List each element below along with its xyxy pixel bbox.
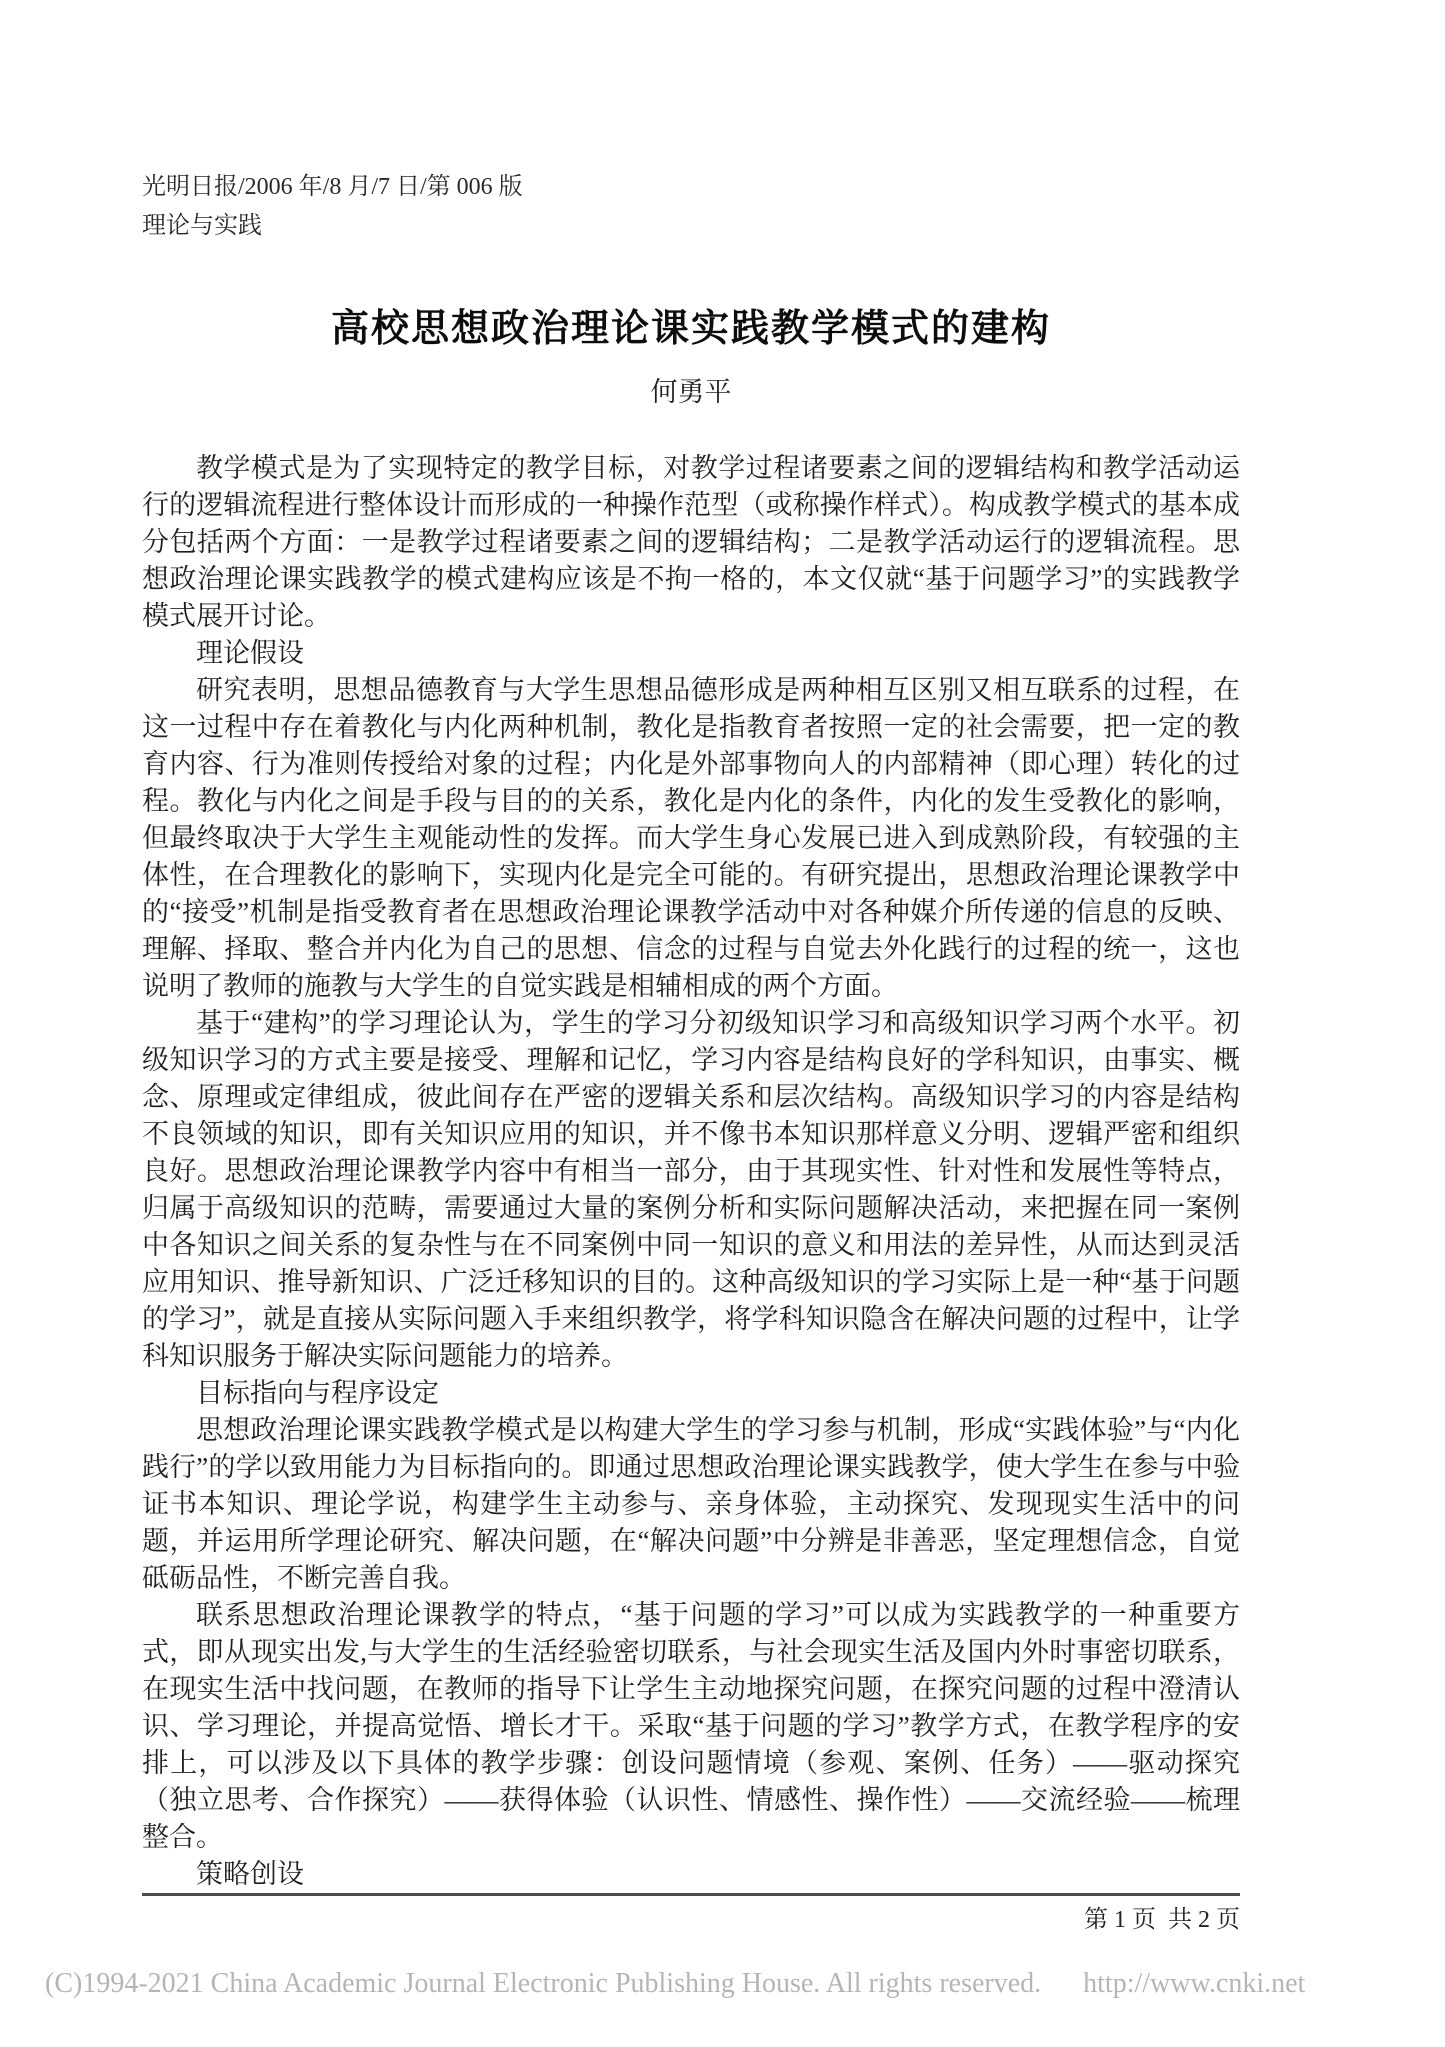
masthead: 光明日报/2006 年/8 月/7 日/第 006 版 理论与实践 [142, 168, 1240, 246]
copyright-notice: (C)1994-2021 China Academic Journal Elec… [45, 1968, 1415, 2000]
paragraph-pbl-steps: 联系思想政治理论课教学的特点，“基于问题的学习”可以成为实践教学的一种重要方式，… [142, 1597, 1240, 1856]
document-page: 光明日报/2006 年/8 月/7 日/第 006 版 理论与实践 高校思想政治… [0, 0, 1445, 2047]
copyright-url: http://www.cnki.net [1083, 1968, 1305, 1999]
section-line: 理论与实践 [142, 207, 1240, 246]
paragraph-constructivism: 基于“建构”的学习理论认为，学生的学习分初级知识学习和高级知识学习两个水平。初级… [142, 1005, 1240, 1375]
subhead-strategy-creation: 策略创设 [142, 1856, 1240, 1893]
page-indicator: 第 1 页 共 2 页 [142, 1899, 1240, 1934]
paragraph-intro: 教学模式是为了实现特定的教学目标，对教学过程诸要素之间的逻辑结构和教学活动运行的… [142, 450, 1240, 635]
subhead-goal-and-procedure: 目标指向与程序设定 [142, 1375, 1240, 1412]
paragraph-research: 研究表明，思想品德教育与大学生思想品德形成是两种相互区别又相互联系的过程，在这一… [142, 672, 1240, 1005]
article-body: 教学模式是为了实现特定的教学目标，对教学过程诸要素之间的逻辑结构和教学活动运行的… [142, 450, 1240, 1893]
paragraph-goal-orientation: 思想政治理论课实践教学模式是以构建大学生的学习参与机制，形成“实践体验”与“内化… [142, 1412, 1240, 1597]
article-title: 高校思想政治理论课实践教学模式的建构 [142, 297, 1240, 352]
article-author: 何勇平 [142, 370, 1240, 409]
source-line: 光明日报/2006 年/8 月/7 日/第 006 版 [142, 168, 1240, 207]
footer-divider [142, 1893, 1240, 1896]
copyright-text: (C)1994-2021 China Academic Journal Elec… [45, 1968, 1041, 1999]
subhead-theory-hypothesis: 理论假设 [142, 635, 1240, 672]
